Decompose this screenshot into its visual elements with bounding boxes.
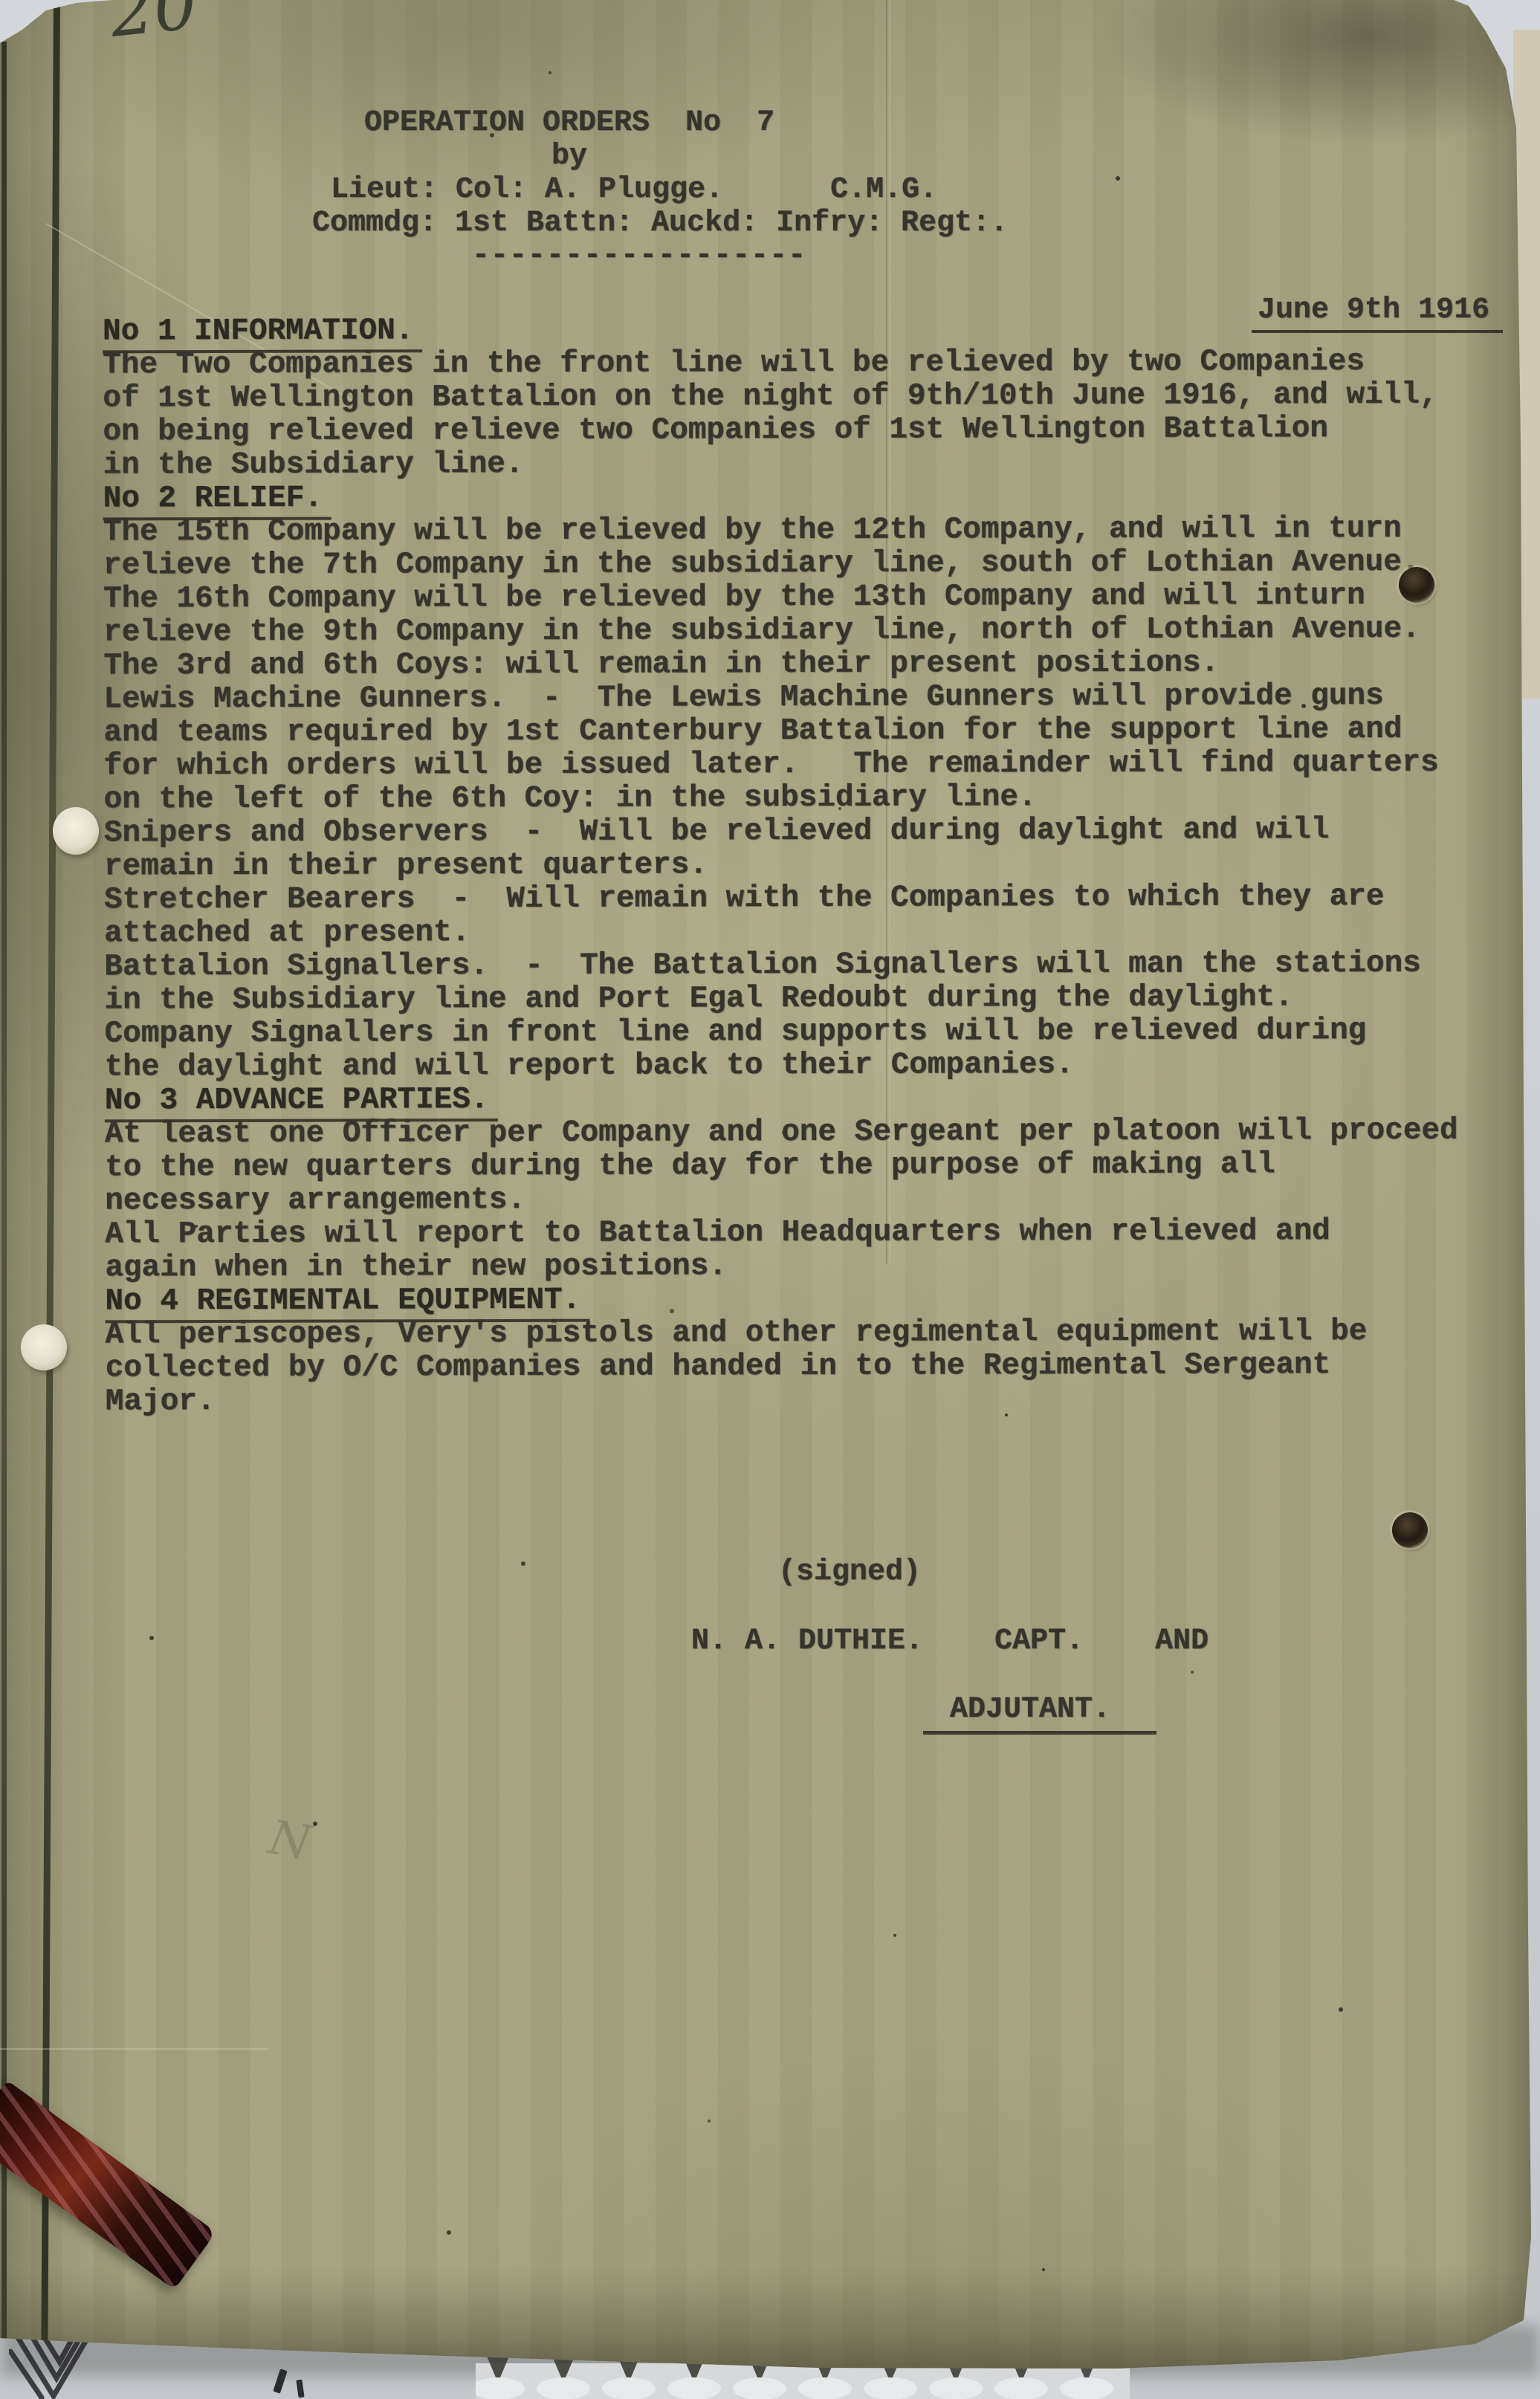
section-heading: No 4 REGIMENTAL EQUIPMENT. bbox=[105, 1282, 1458, 1319]
scanned-document: 20 OPERATION ORDERS No 7 by Lieut: Col: … bbox=[0, 0, 1540, 2399]
typed-line: Company Signallers in front line and sup… bbox=[105, 1014, 1458, 1052]
typed-line: Stretcher Bearers - Will remain with the… bbox=[104, 881, 1457, 918]
document-page: 20 OPERATION ORDERS No 7 by Lieut: Col: … bbox=[0, 0, 1540, 2399]
handwritten-number: 20 bbox=[106, 0, 201, 53]
punch-hole bbox=[1392, 1512, 1428, 1548]
document-title: OPERATION ORDERS No 7 bbox=[364, 106, 774, 140]
typed-line: in the Subsidiary line and Port Egal Red… bbox=[104, 981, 1457, 1018]
typed-line: The 16th Company will be relieved by the… bbox=[103, 580, 1457, 617]
typed-line: collected by O/C Companies and handed in… bbox=[106, 1349, 1459, 1386]
typed-line: relieve the 9th Company in the subsidiar… bbox=[103, 613, 1457, 650]
faint-pencil-mark: N bbox=[265, 1810, 315, 1872]
page-left-edge bbox=[1, 42, 7, 2340]
order-body: No 1 INFORMATION.The Two Companies in th… bbox=[103, 312, 1459, 1419]
typed-line: and teams required by 1st Canterbury Bat… bbox=[103, 713, 1457, 751]
section-heading: No 3 ADVANCE PARTIES. bbox=[105, 1081, 1458, 1118]
section-heading: No 1 INFORMATION. bbox=[103, 312, 1456, 349]
header-officer-line: Lieut: Col: A. Plugge. C.M.G. bbox=[331, 173, 937, 207]
typed-line: The 3rd and 6th Coys: will remain in the… bbox=[103, 647, 1457, 684]
typed-line: At least one Officer per Company and one… bbox=[105, 1115, 1458, 1152]
typed-line: Major. bbox=[106, 1382, 1459, 1419]
header-by-line: by bbox=[551, 140, 587, 173]
typed-line: in the Subsidiary line. bbox=[103, 446, 1457, 483]
typed-line: of 1st Wellington Battalion on the night… bbox=[103, 379, 1456, 416]
typed-line: the daylight and will report back to the… bbox=[105, 1048, 1458, 1085]
header-divider-dashes: ------------------ bbox=[472, 239, 806, 273]
typed-line: All periscopes, Very's pistols and other… bbox=[106, 1315, 1459, 1353]
typed-line: on being relieved relieve two Companies … bbox=[103, 412, 1456, 450]
typed-line: remain in their present quarters. bbox=[104, 847, 1457, 884]
signature-name: N. A. DUTHIE. CAPT. AND bbox=[691, 1625, 1209, 1658]
section-heading: No 2 RELIEF. bbox=[103, 479, 1457, 517]
typed-line: Battalion Signallers. - The Battalion Si… bbox=[104, 948, 1457, 985]
typed-line: Lewis Machine Gunners. - The Lewis Machi… bbox=[103, 680, 1457, 717]
typed-line: All Parties will report to Battalion Hea… bbox=[105, 1215, 1458, 1252]
typed-line: Snipers and Observers - Will be relieved… bbox=[104, 814, 1457, 851]
typed-line: The 15th Company will be relieved by the… bbox=[103, 513, 1457, 550]
typed-line: on the left of the 6th Coy: in the subsi… bbox=[104, 780, 1457, 818]
typed-line: to the new quarters during the day for t… bbox=[105, 1148, 1458, 1185]
typed-line: again when in their new positions. bbox=[105, 1249, 1458, 1286]
ink-mark bbox=[296, 2380, 304, 2398]
typed-line: necessary arrangements. bbox=[105, 1182, 1458, 1219]
signed-label: (signed) bbox=[778, 1555, 921, 1589]
typed-line: The Two Companies in the front line will… bbox=[103, 346, 1456, 383]
crease-line bbox=[0, 2048, 268, 2050]
binding-line bbox=[41, 0, 60, 2365]
paper-fastener bbox=[53, 807, 99, 855]
binding-ribbon bbox=[0, 2080, 216, 2290]
typed-line: relieve the 7th Company in the subsidiar… bbox=[103, 546, 1457, 583]
typed-line: attached at present. bbox=[104, 914, 1457, 951]
paper-fastener bbox=[21, 1324, 67, 1370]
role-underline: ADJUTANT. bbox=[923, 1693, 1156, 1735]
signature-role: ADJUTANT. bbox=[816, 1660, 1156, 1760]
typed-line: for which orders will be issued later. T… bbox=[104, 747, 1457, 784]
header-command-line: Commdg: 1st Battn: Auckd: Infry: Regt:. bbox=[312, 207, 1008, 240]
punch-hole bbox=[1399, 567, 1434, 603]
